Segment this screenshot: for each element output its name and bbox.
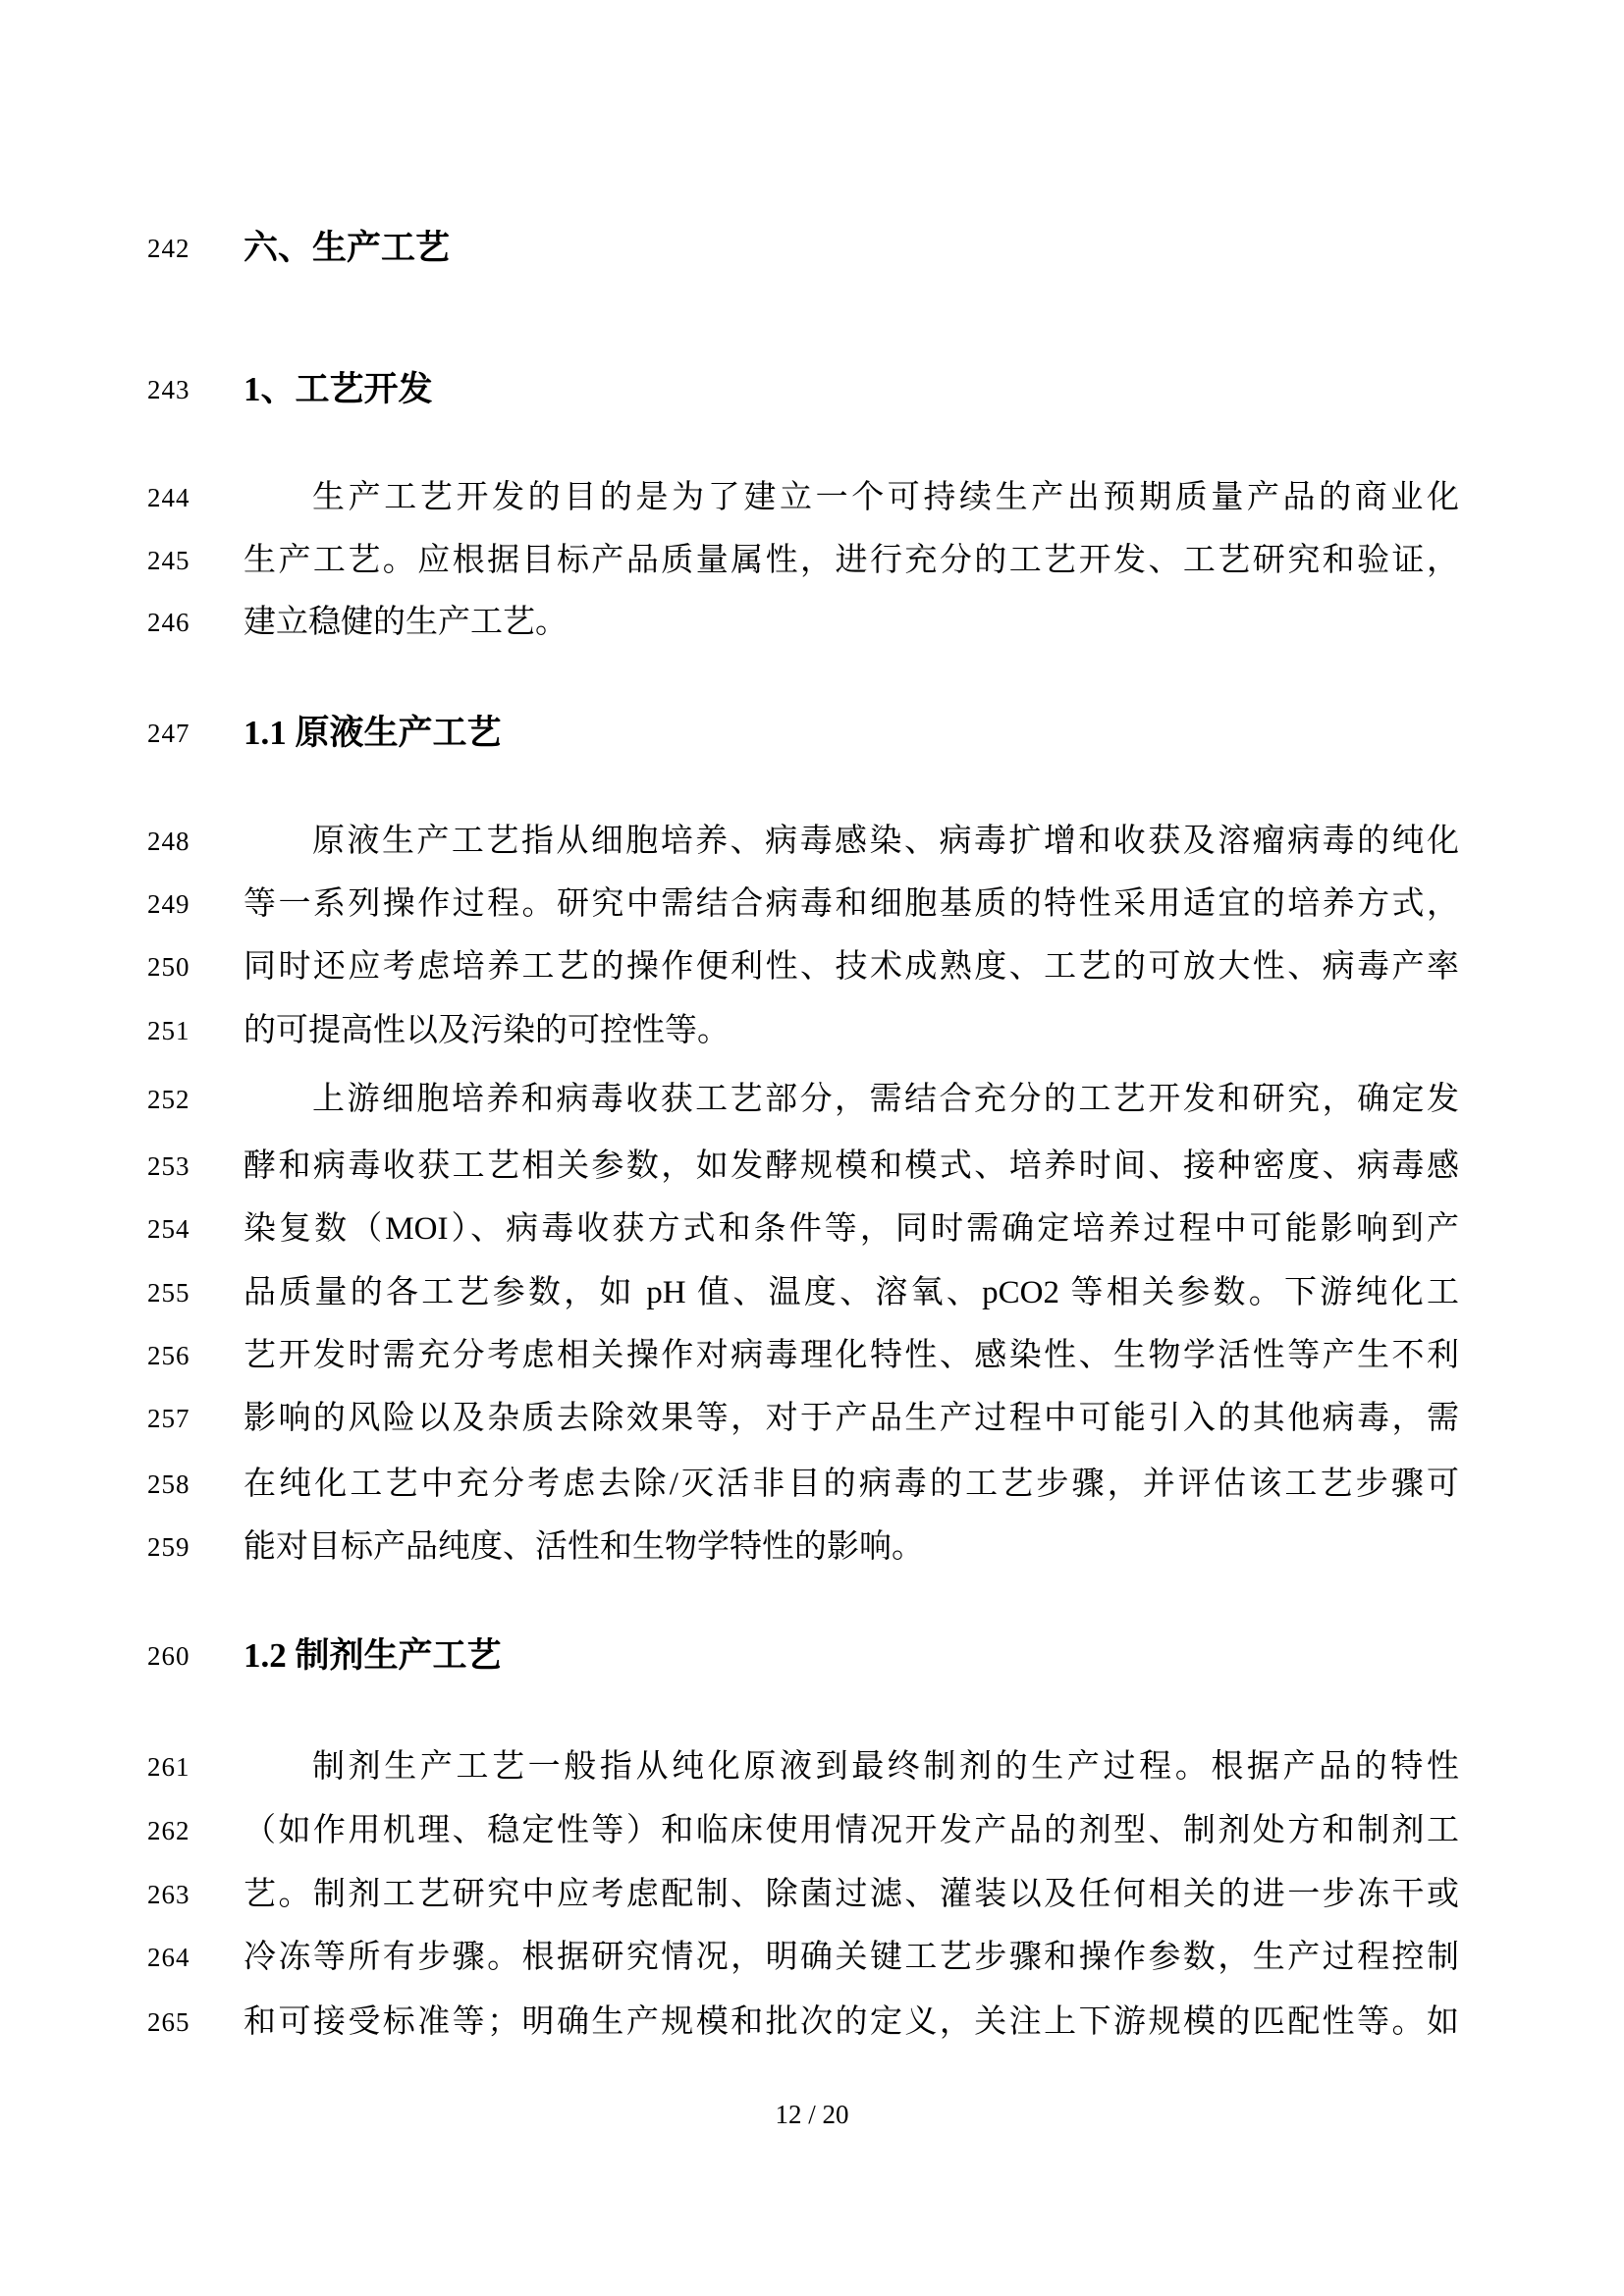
body-text: 生产工艺开发的目的是为了建立一个可持续生产出预期质量产品的商业化: [244, 470, 1459, 525]
body-text: 上游细胞培养和病毒收获工艺部分，需结合充分的工艺开发和研究，确定发: [244, 1072, 1459, 1127]
line-number: 257: [147, 1391, 218, 1446]
body-line: 248 原液生产工艺指从细胞培养、病毒感染、病毒扩增和收获及溶瘤病毒的纯化: [0, 814, 1624, 869]
body-line: 244 生产工艺开发的目的是为了建立一个可持续生产出预期质量产品的商业化: [0, 470, 1624, 525]
line-number: 255: [147, 1265, 218, 1320]
line-number: 248: [147, 814, 218, 869]
body-line: 262 （如作用机理、稳定性等）和临床使用情况开发产品的剂型、制剂处方和制剂工: [0, 1803, 1624, 1858]
body-text: 酵和病毒收获工艺相关参数，如发酵规模和模式、培养时间、接种密度、病毒感: [244, 1139, 1459, 1194]
body-line: 251 的可提高性以及污染的可控性等。: [0, 1003, 1624, 1058]
line-number: 252: [147, 1072, 218, 1127]
body-text: 和可接受标准等；明确生产规模和批次的定义，关注上下游规模的匹配性等。如: [244, 1995, 1459, 2050]
line-number: 242: [147, 221, 218, 276]
line-number: 254: [147, 1201, 218, 1256]
body-line: 257 影响的风险以及杂质去除效果等，对于产品生产过程中可能引入的其他病毒，需: [0, 1391, 1624, 1446]
line-number: 249: [147, 877, 218, 932]
body-line: 253 酵和病毒收获工艺相关参数，如发酵规模和模式、培养时间、接种密度、病毒感: [0, 1139, 1624, 1194]
line-number: 263: [147, 1867, 218, 1922]
heading-text: 1.1 原液生产工艺: [244, 706, 1459, 761]
body-line: 252 上游细胞培养和病毒收获工艺部分，需结合充分的工艺开发和研究，确定发: [0, 1072, 1624, 1127]
line-number: 256: [147, 1328, 218, 1383]
body-line: 264 冷冻等所有步骤。根据研究情况，明确关键工艺步骤和操作参数，生产过程控制: [0, 1930, 1624, 1985]
line-number: 265: [147, 1995, 218, 2050]
body-line: 258 在纯化工艺中充分考虑去除/灭活非目的病毒的工艺步骤，并评估该工艺步骤可: [0, 1457, 1624, 1512]
line-number: 246: [147, 595, 218, 650]
line-number: 247: [147, 706, 218, 761]
line-number: 259: [147, 1520, 218, 1575]
line-number: 243: [147, 362, 218, 417]
body-line: 246 建立稳健的生产工艺。: [0, 595, 1624, 650]
body-text: 艺。制剂工艺研究中应考虑配制、除菌过滤、灌装以及任何相关的进一步冻干或: [244, 1867, 1459, 1922]
document-page: 242 六、生产工艺 243 1、工艺开发 244 生产工艺开发的目的是为了建立…: [0, 0, 1624, 2296]
heading-1-2-drug-product-process: 260 1.2 制剂生产工艺: [0, 1629, 1624, 1683]
body-text: 在纯化工艺中充分考虑去除/灭活非目的病毒的工艺步骤，并评估该工艺步骤可: [244, 1457, 1459, 1512]
body-line: 256 艺开发时需充分考虑相关操作对病毒理化特性、感染性、生物学活性等产生不利: [0, 1328, 1624, 1383]
body-text: （如作用机理、稳定性等）和临床使用情况开发产品的剂型、制剂处方和制剂工: [244, 1803, 1459, 1858]
body-text: 艺开发时需充分考虑相关操作对病毒理化特性、感染性、生物学活性等产生不利: [244, 1328, 1459, 1383]
heading-1-1-bulk-process: 247 1.1 原液生产工艺: [0, 706, 1624, 761]
body-text: 影响的风险以及杂质去除效果等，对于产品生产过程中可能引入的其他病毒，需: [244, 1391, 1459, 1446]
heading-section-6: 242 六、生产工艺: [0, 221, 1624, 276]
body-text: 制剂生产工艺一般指从纯化原液到最终制剂的生产过程。根据产品的特性: [244, 1739, 1459, 1794]
line-number: 251: [147, 1003, 218, 1058]
body-line: 245 生产工艺。应根据目标产品质量属性，进行充分的工艺开发、工艺研究和验证，: [0, 533, 1624, 588]
body-line: 255 品质量的各工艺参数，如 pH 值、温度、溶氧、pCO2 等相关参数。下游…: [0, 1265, 1624, 1320]
line-number: 250: [147, 939, 218, 994]
heading-1-process-development: 243 1、工艺开发: [0, 362, 1624, 417]
body-text: 同时还应考虑培养工艺的操作便利性、技术成熟度、工艺的可放大性、病毒产率: [244, 939, 1459, 994]
line-number: 261: [147, 1739, 218, 1794]
heading-text: 六、生产工艺: [244, 221, 1459, 276]
line-number: 253: [147, 1139, 218, 1194]
body-text: 品质量的各工艺参数，如 pH 值、温度、溶氧、pCO2 等相关参数。下游纯化工: [244, 1265, 1459, 1320]
body-text: 染复数（MOI）、病毒收获方式和条件等，同时需确定培养过程中可能影响到产: [244, 1201, 1459, 1256]
heading-text: 1、工艺开发: [244, 362, 1459, 417]
body-text: 的可提高性以及污染的可控性等。: [244, 1003, 1459, 1058]
body-text: 生产工艺。应根据目标产品质量属性，进行充分的工艺开发、工艺研究和验证，: [244, 533, 1459, 588]
body-line: 259 能对目标产品纯度、活性和生物学特性的影响。: [0, 1520, 1624, 1575]
body-text: 建立稳健的生产工艺。: [244, 595, 1459, 650]
line-number: 244: [147, 470, 218, 525]
line-number: 264: [147, 1930, 218, 1985]
line-number: 245: [147, 533, 218, 588]
body-line: 261 制剂生产工艺一般指从纯化原液到最终制剂的生产过程。根据产品的特性: [0, 1739, 1624, 1794]
body-line: 249 等一系列操作过程。研究中需结合病毒和细胞基质的特性采用适宜的培养方式，: [0, 877, 1624, 932]
body-line: 250 同时还应考虑培养工艺的操作便利性、技术成熟度、工艺的可放大性、病毒产率: [0, 939, 1624, 994]
body-line: 263 艺。制剂工艺研究中应考虑配制、除菌过滤、灌装以及任何相关的进一步冻干或: [0, 1867, 1624, 1922]
body-text: 能对目标产品纯度、活性和生物学特性的影响。: [244, 1520, 1459, 1575]
line-number: 258: [147, 1457, 218, 1512]
body-text: 等一系列操作过程。研究中需结合病毒和细胞基质的特性采用适宜的培养方式，: [244, 877, 1459, 932]
body-line: 254 染复数（MOI）、病毒收获方式和条件等，同时需确定培养过程中可能影响到产: [0, 1201, 1624, 1256]
heading-text: 1.2 制剂生产工艺: [244, 1629, 1459, 1683]
body-text: 原液生产工艺指从细胞培养、病毒感染、病毒扩增和收获及溶瘤病毒的纯化: [244, 814, 1459, 869]
line-number: 260: [147, 1629, 218, 1683]
line-number: 262: [147, 1803, 218, 1858]
body-line: 265 和可接受标准等；明确生产规模和批次的定义，关注上下游规模的匹配性等。如: [0, 1995, 1624, 2050]
page-number: 12 / 20: [0, 2087, 1624, 2142]
body-text: 冷冻等所有步骤。根据研究情况，明确关键工艺步骤和操作参数，生产过程控制: [244, 1930, 1459, 1985]
